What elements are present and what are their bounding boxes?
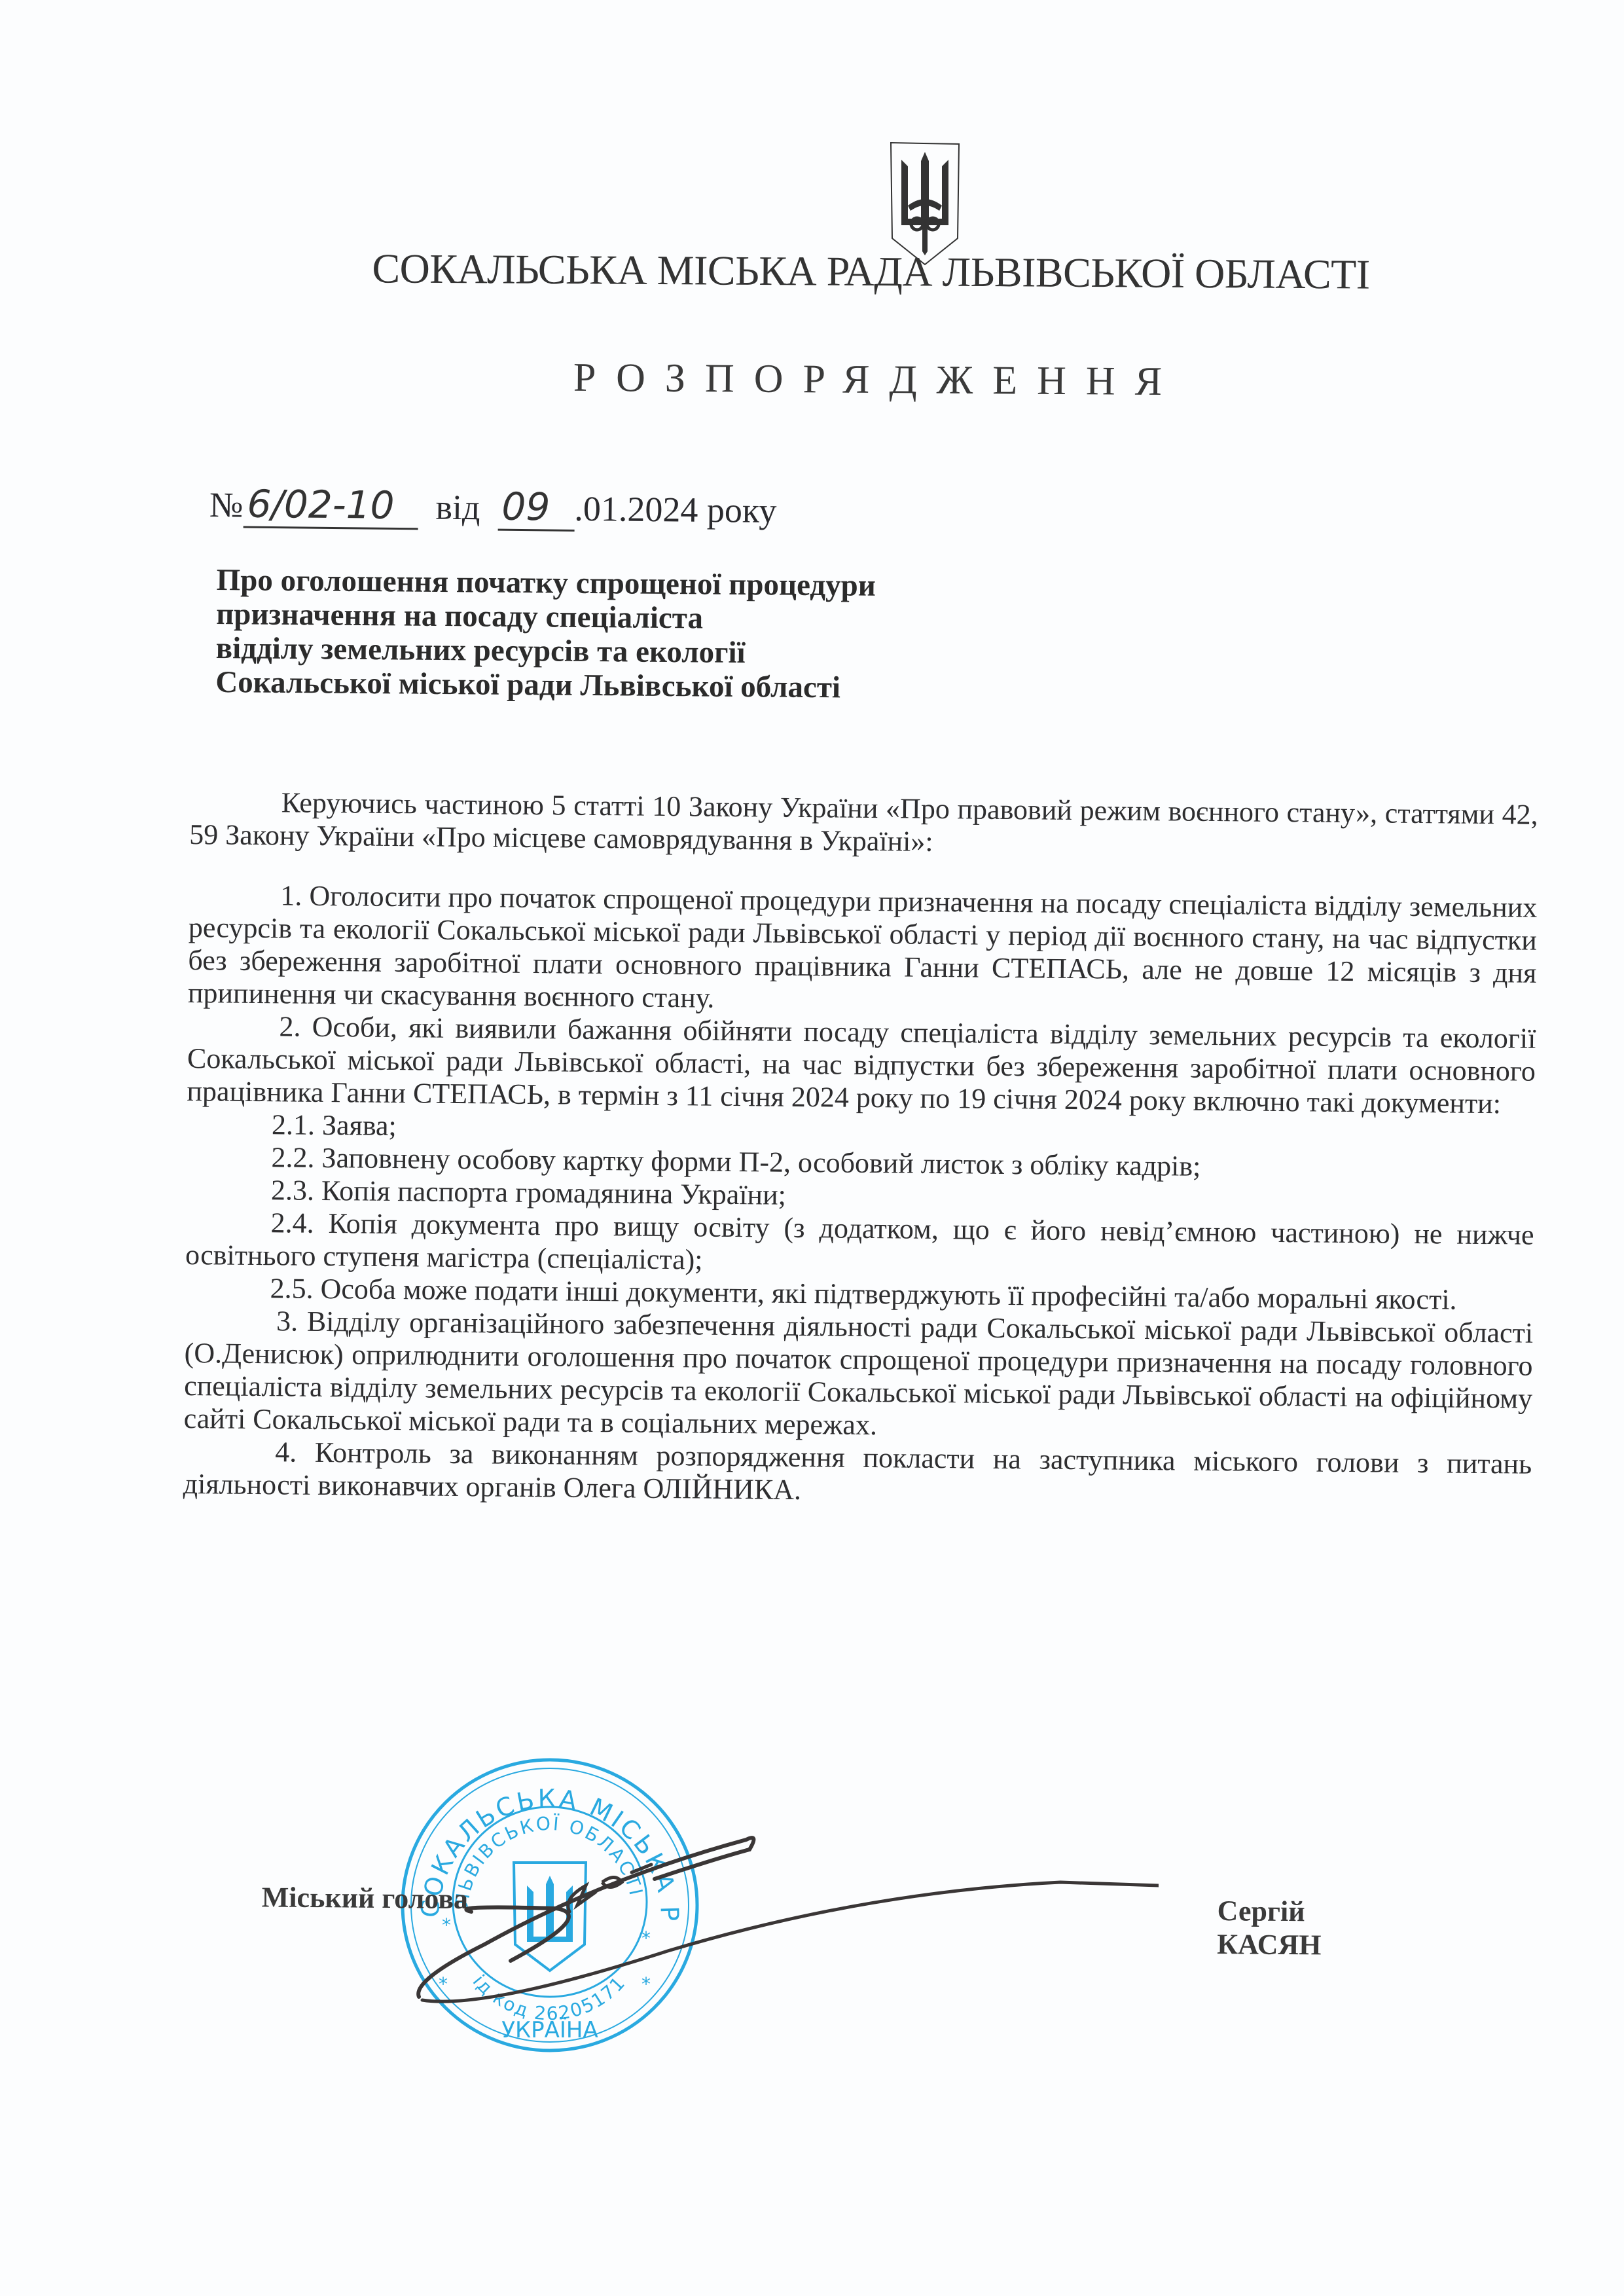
document-day: 09 [497, 484, 575, 532]
item-paragraph: 1. Оголосити про початок спрощеної проце… [188, 879, 1538, 1023]
item-paragraph: 4. Контроль за виконанням розпорядження … [183, 1435, 1532, 1514]
signatory-name: Сергій КАСЯН [1217, 1894, 1414, 1963]
document-page: СОКАЛЬСЬКА МІСЬКА РАДА ЛЬВІВСЬКОЇ ОБЛАСТ… [0, 0, 1624, 2296]
coat-of-arms-trident-icon [888, 140, 962, 266]
council-name: СОКАЛЬСЬКА МІСЬКА РАДА ЛЬВІВСЬКОЇ ОБЛАСТ… [59, 242, 1624, 301]
document-type-title: РОЗПОРЯДЖЕННЯ [65, 351, 1624, 409]
preamble-paragraph: Керуючись частиною 5 статті 10 Закону Ук… [189, 786, 1538, 864]
registration-line: №6/02-10 від 09.01.2024 року [209, 481, 777, 534]
item-paragraph: 2. Особи, які виявили бажання обійняти п… [187, 1010, 1536, 1121]
subitem-paragraph: 2.4. Копія документа про вищу освіту (з … [185, 1206, 1534, 1285]
handwritten-signature [406, 1820, 1159, 2016]
from-label: від [435, 488, 480, 528]
number-prefix: № [209, 485, 244, 525]
subject-line: відділу земельних ресурсів та екології [216, 631, 876, 671]
item-paragraph: 3. Відділу організаційного забезпечення … [183, 1304, 1533, 1448]
document-body: Керуючись частиною 5 статті 10 Закону Ук… [183, 786, 1538, 1514]
document-number: 6/02-10 [243, 482, 418, 530]
subject-line: Сокальської міської ради Львівської обла… [215, 665, 875, 705]
subject-line: призначення на посаду спеціаліста [216, 597, 876, 637]
document-date-rest: .01.2024 року [574, 489, 777, 530]
subject-heading: Про оголошення початку спрощеної процеду… [215, 563, 876, 705]
subject-line: Про оголошення початку спрощеної процеду… [216, 563, 876, 603]
stamp-bottom-text: УКРАЇНА [501, 2017, 598, 2043]
